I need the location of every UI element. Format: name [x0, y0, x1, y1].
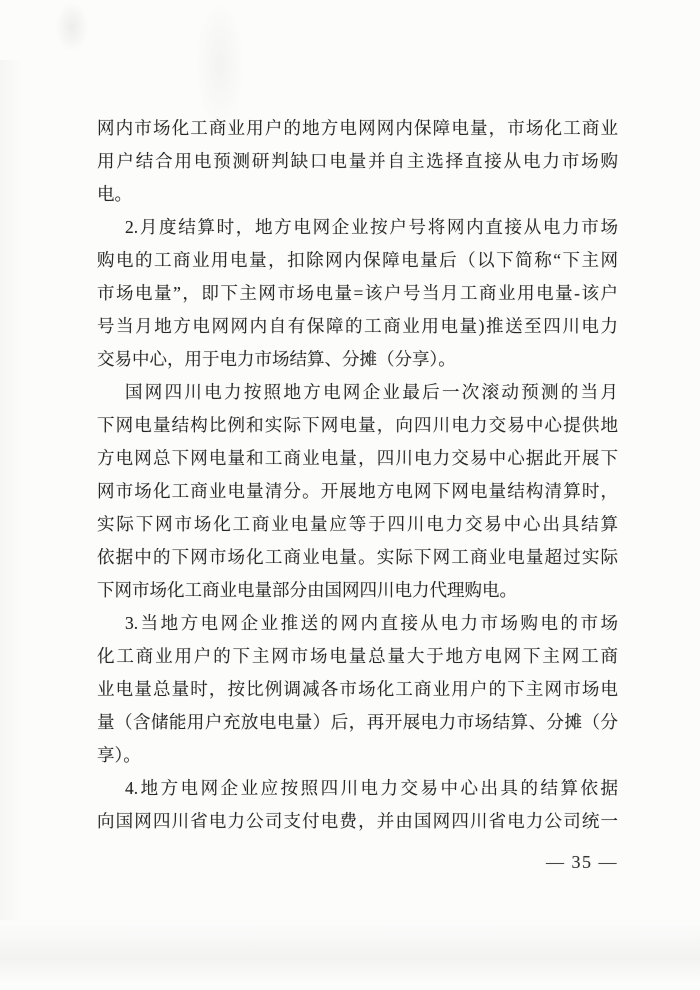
text-line: 4.地方电网企业应按照四川电力交易中心出具的结算依据: [97, 772, 618, 805]
page-number: — 35 —: [546, 852, 618, 873]
text-line: 电。: [97, 178, 618, 211]
text-line: 方电网总下网电量和工商业电量，四川电力交易中心据此开展下: [97, 442, 618, 475]
text-line: 化工商业用户的下主网市场电量总量大于地方电网下主网工商: [97, 640, 618, 673]
text-line: 交易中心，用于电力市场结算、分摊（分享）。: [97, 343, 618, 376]
text-line: 享）。: [97, 739, 618, 772]
scan-smudge-bottom-band: [0, 925, 700, 980]
text-line: 依据中的下网市场化工商业电量。实际下网工商业电量超过实际: [97, 541, 618, 574]
body-text: 网内市场化工商业用户的地方电网网内保障电量，市场化工商业用户结合用电预测研判缺口…: [97, 112, 618, 838]
text-line: 量（含储能用户充放电电量）后，再开展电力市场结算、分摊（分: [97, 706, 618, 739]
text-line: 号当月地方电网网内自有保障的工商业用电量)推送至四川电力: [97, 310, 618, 343]
text-line: 向国网四川省电力公司支付电费，并由国网四川省电力公司统一: [97, 805, 618, 838]
text-line: 3.当地方电网企业推送的网内直接从电力市场购电的市场: [97, 607, 618, 640]
text-line: 业电量总量时，按比例调减各市场化工商业用户的下主网市场电: [97, 673, 618, 706]
scan-smudge-top-center: [195, 0, 245, 130]
text-line: 下网电量结构比例和实际下网电量，向四川电力交易中心提供地: [97, 409, 618, 442]
text-line: 网市场化工商业电量清分。开展地方电网下网电量结构清算时，: [97, 475, 618, 508]
document-page: 网内市场化工商业用户的地方电网网内保障电量，市场化工商业用户结合用电预测研判缺口…: [0, 0, 700, 990]
text-line: 下网市场化工商业电量部分由国网四川电力代理购电。: [97, 574, 618, 607]
text-line: 市场电量”，即下主网市场电量=该户号当月工商业用电量-该户: [97, 277, 618, 310]
text-line: 用户结合用电预测研判缺口电量并自主选择直接从电力市场购: [97, 145, 618, 178]
text-line: 购电的工商业用电量，扣除网内保障电量后（以下简称“下主网: [97, 244, 618, 277]
text-line: 2.月度结算时，地方电网企业按户号将网内直接从电力市场: [97, 211, 618, 244]
text-line: 实际下网市场化工商业电量应等于四川电力交易中心出具结算: [97, 508, 618, 541]
scan-smudge-left-edge: [0, 60, 24, 920]
scan-smudge-top-left: [55, 2, 89, 52]
text-line: 网内市场化工商业用户的地方电网网内保障电量，市场化工商业: [97, 112, 618, 145]
text-line: 国网四川电力按照地方电网企业最后一次滚动预测的当月: [97, 376, 618, 409]
